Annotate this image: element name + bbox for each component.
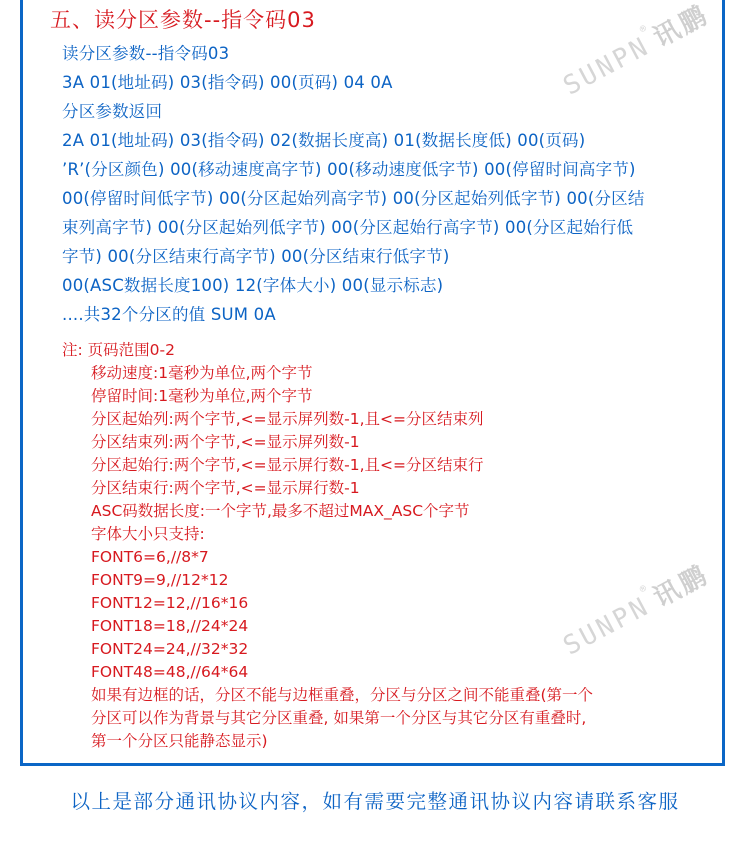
protocol-line: 2A 01(地址码) 03(指令码) 02(数据长度高) 01(数据长度低) 0… xyxy=(62,126,712,155)
note-item: 第一个分区只能静态显示) xyxy=(62,730,712,753)
protocol-lines: 读分区参数--指令码03 3A 01(地址码) 03(指令码) 00(页码) 0… xyxy=(62,39,712,329)
note-item: ASC码数据长度:一个字节,最多不超过MAX_ASC个字节 xyxy=(62,500,712,523)
note-item: 分区结束列:两个字节,<=显示屏列数-1 xyxy=(62,431,712,454)
note-item: 停留时间:1毫秒为单位,两个字节 xyxy=(62,385,712,408)
note-item: 移动速度:1毫秒为单位,两个字节 xyxy=(62,362,712,385)
font-option: FONT18=18,//24*24 xyxy=(62,615,712,638)
protocol-line: ....共32个分区的值 SUM 0A xyxy=(62,300,712,329)
section-title: 五、读分区参数--指令码03 xyxy=(50,4,316,34)
protocol-line: 字节) 00(分区结束行高字节) 00(分区结束行低字节) xyxy=(62,242,712,271)
font-option: FONT6=6,//8*7 xyxy=(62,546,712,569)
note-item: 字体大小只支持: xyxy=(62,523,712,546)
protocol-line: 00(停留时间低字节) 00(分区起始列高字节) 00(分区起始列低字节) 00… xyxy=(62,184,712,213)
note-item: 分区起始列:两个字节,<=显示屏列数-1,且<=分区结束列 xyxy=(62,408,712,431)
font-option: FONT24=24,//32*32 xyxy=(62,638,712,661)
note-item: 分区起始行:两个字节,<=显示屏行数-1,且<=分区结束行 xyxy=(62,454,712,477)
protocol-line: 束列高字节) 00(分区起始列低字节) 00(分区起始行高字节) 00(分区起始… xyxy=(62,213,712,242)
notes-section: 注: 页码范围0-2 移动速度:1毫秒为单位,两个字节 停留时间:1毫秒为单位,… xyxy=(62,339,712,753)
protocol-line: 3A 01(地址码) 03(指令码) 00(页码) 04 0A xyxy=(62,68,712,97)
font-option: FONT9=9,//12*12 xyxy=(62,569,712,592)
notes-header: 注: 页码范围0-2 xyxy=(62,339,712,362)
note-item: 分区结束行:两个字节,<=显示屏行数-1 xyxy=(62,477,712,500)
footer-contact-note: 以上是部分通讯协议内容，如有需要完整通讯协议内容请联系客服 xyxy=(0,786,750,814)
note-item: 如果有边框的话，分区不能与边框重叠，分区与分区之间不能重叠(第一个 xyxy=(62,684,712,707)
font-option: FONT48=48,//64*64 xyxy=(62,661,712,684)
protocol-line: ’R’(分区颜色) 00(移动速度高字节) 00(移动速度低字节) 00(停留时… xyxy=(62,155,712,184)
protocol-line: 00(ASC数据长度100) 12(字体大小) 00(显示标志) xyxy=(62,271,712,300)
font-option: FONT12=12,//16*16 xyxy=(62,592,712,615)
protocol-line: 分区参数返回 xyxy=(62,97,712,126)
note-item: 分区可以作为背景与其它分区重叠, 如果第一个分区与其它分区有重叠时, xyxy=(62,707,712,730)
protocol-line: 读分区参数--指令码03 xyxy=(62,39,712,68)
